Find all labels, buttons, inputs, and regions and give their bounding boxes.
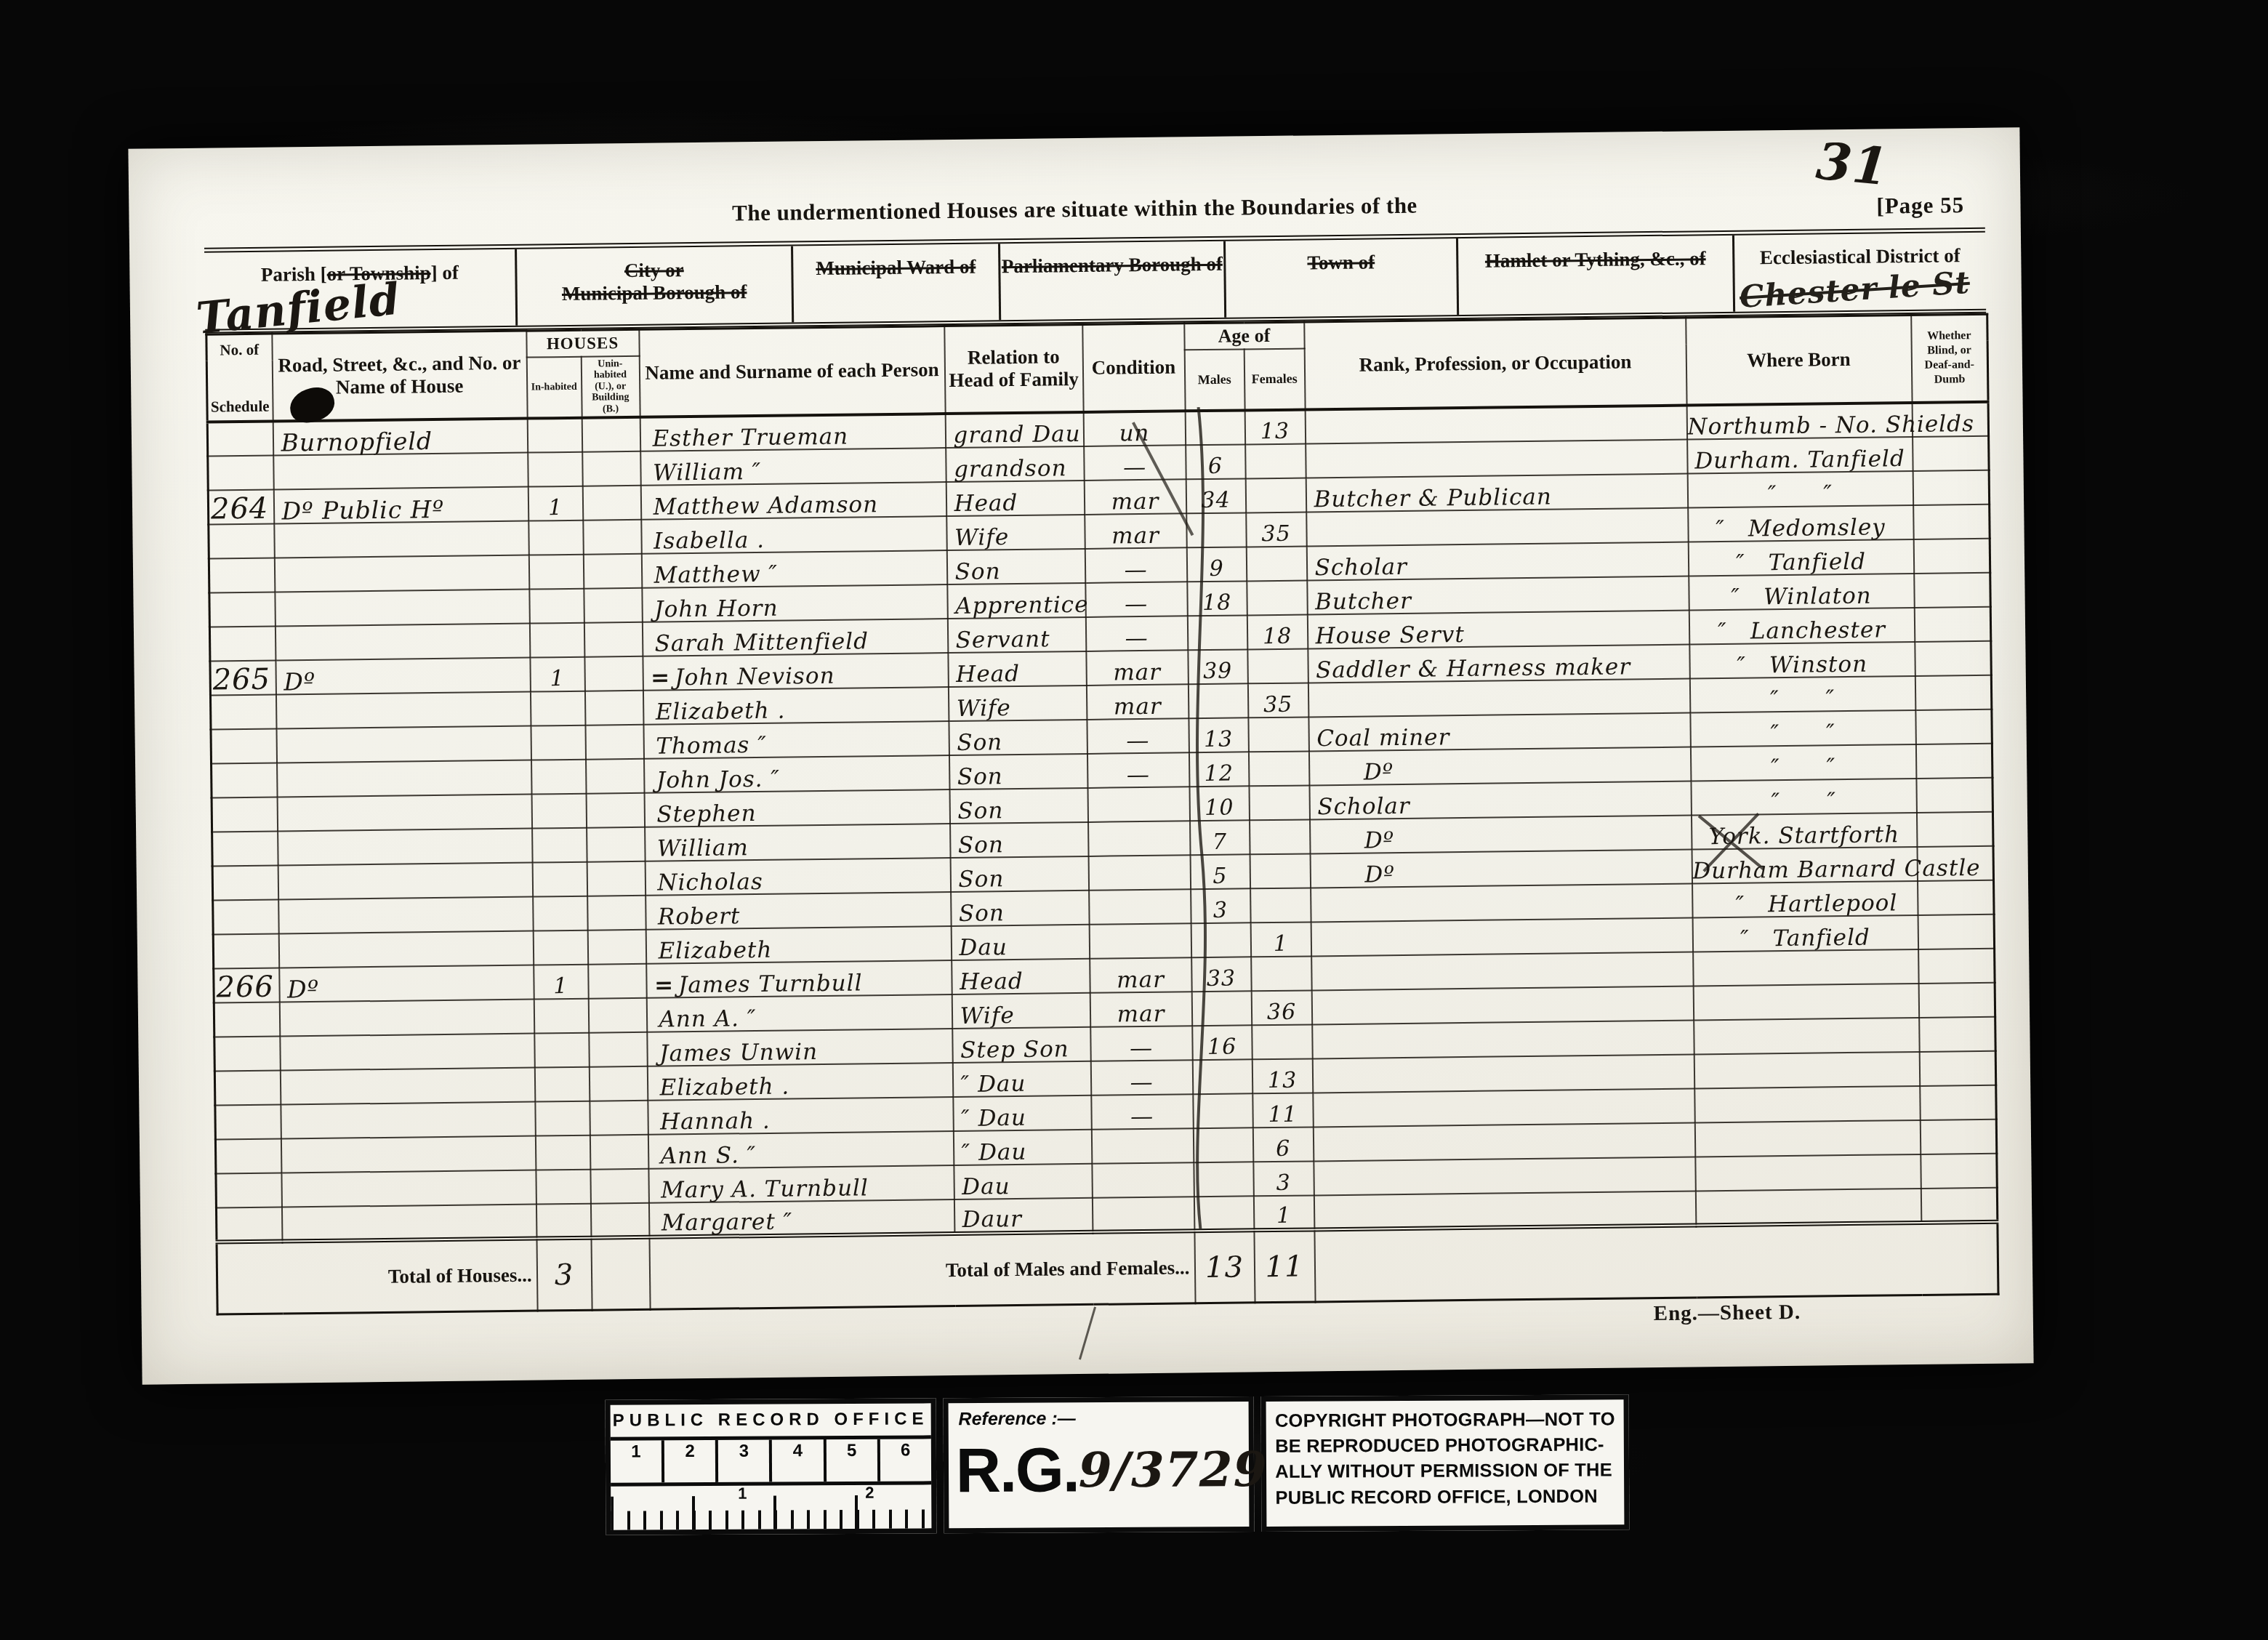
occupation-cell: [1314, 1157, 1695, 1195]
ink-blot: [286, 384, 338, 426]
total-houses-value: 3: [536, 1238, 592, 1311]
address-cell: Dº: [276, 658, 531, 695]
schedule-number: [209, 558, 275, 593]
uninhabited-cell: [583, 520, 642, 555]
uninhabited-cell: [589, 1066, 648, 1101]
person-name: Isabella .: [654, 526, 765, 554]
age-male-cell: 7: [1190, 820, 1250, 855]
reference-panel: Reference :— R.G.9/3729: [943, 1396, 1254, 1533]
uninhabited-cell: [584, 588, 643, 623]
occupation-cell: [1311, 986, 1693, 1024]
age-female-cell: [1250, 819, 1311, 854]
table-body: Burnopfield Esther Trueman grand Dau un …: [207, 402, 1998, 1242]
occupation-cell: Scholar: [1309, 781, 1691, 819]
eccl-value: Chester le St: [1739, 265, 1971, 315]
relation-cell: Wife: [952, 993, 1090, 1029]
col-age-group: Age of: [1184, 322, 1304, 350]
age-female-cell: [1245, 478, 1306, 512]
address-cell: [276, 692, 531, 729]
sheet-note: Eng.—Sheet D.: [1654, 1301, 1801, 1326]
born-cell: [1694, 1086, 1921, 1123]
uninhabited-cell: [587, 930, 646, 965]
schedule-number: [210, 695, 276, 730]
uninhabited-cell: [589, 1032, 648, 1067]
census-page: 31 [Page 55 The undermentioned Houses ar…: [128, 127, 2033, 1384]
condition-cell: —: [1085, 582, 1188, 617]
inhabited-cell: [535, 1135, 590, 1170]
copyright-line: ALLY WITHOUT PERMISSION OF THE: [1275, 1458, 1615, 1486]
pro-ruler-panel: PUBLIC RECORD OFFICE 1 2 3 4 5 6 1 2: [606, 1398, 937, 1535]
address-cell: [278, 931, 534, 968]
occupation-cell: Dº: [1310, 849, 1692, 888]
address-cell: [275, 624, 530, 661]
blind-cell: [1913, 436, 1990, 471]
uninhabited-cell: [590, 1203, 649, 1238]
col-males: Males: [1184, 349, 1244, 411]
col-road: Road, Street, &c., and No. or Name of Ho…: [272, 331, 527, 421]
born-cell: [1693, 949, 1919, 986]
condition-cell: —: [1084, 445, 1186, 481]
total-males-value: 13: [1194, 1230, 1255, 1303]
col-uninhabited: Unin-habited (U.), or Building (B.): [581, 356, 640, 418]
schedule-number: [215, 1104, 281, 1139]
name-cell: William: [645, 824, 951, 861]
relation-cell: Son: [950, 856, 1089, 892]
age-male-cell: 39: [1188, 649, 1248, 684]
name-cell: Mary A. Turnbull: [648, 1165, 954, 1203]
relation-cell: ″ Dau: [953, 1096, 1092, 1131]
schedule-number: [214, 1002, 280, 1037]
age-male-cell: [1185, 410, 1245, 445]
address-cell: [276, 726, 531, 763]
ecclesiastical-cell: Ecclesiastical District of Chester le St: [1734, 233, 1986, 312]
photo-background: 31 [Page 55 The undermentioned Houses ar…: [0, 0, 2268, 1640]
address-cell: [281, 1204, 536, 1241]
address-cell: [278, 897, 534, 934]
copyright-line: COPYRIGHT PHOTOGRAPH—NOT TO: [1275, 1407, 1615, 1434]
inhabited-cell: 1: [528, 486, 583, 521]
address-cell: [278, 863, 533, 900]
uninhabited-cell: [588, 998, 647, 1033]
person-name: Mary A. Turnbull: [661, 1175, 869, 1203]
name-cell: James Unwin: [647, 1029, 953, 1066]
col-born: Where Born: [1686, 315, 1912, 406]
town-label: Town of: [1307, 251, 1375, 273]
name-cell: Ann S. ″: [648, 1131, 954, 1169]
age-female-cell: 13: [1244, 409, 1306, 444]
inhabited-cell: [531, 760, 587, 795]
age-female-cell: 11: [1252, 1093, 1314, 1127]
person-name: Robert: [658, 903, 741, 930]
person-name: Elizabeth .: [659, 1073, 789, 1101]
age-female-cell: [1245, 443, 1306, 478]
occupation-cell: Butcher & Publican: [1306, 473, 1687, 512]
total-houses-label: Total of Houses...: [217, 1238, 537, 1314]
schedule-number: [212, 763, 278, 798]
uninhabited-cell: [584, 622, 643, 657]
name-cell: Thomas ″: [643, 721, 949, 759]
relation-cell: Head: [948, 651, 1087, 687]
age-female-cell: [1248, 751, 1309, 786]
blind-cell: [1918, 983, 1995, 1018]
schedule-number: [214, 1036, 281, 1071]
ruler-number: 3: [718, 1439, 772, 1482]
parish-cell: Parish [or Township] of Tanfield: [204, 249, 518, 329]
age-female-cell: [1247, 580, 1308, 615]
age-male-cell: [1193, 1127, 1253, 1162]
born-cell: ″ ″: [1689, 676, 1915, 713]
parl-label: Parliamentary Borough of: [1002, 253, 1223, 277]
person-name: Matthew Adamson: [653, 491, 878, 520]
person-name: Sarah Mittenfield: [655, 628, 869, 656]
age-male-cell: [1194, 1162, 1254, 1197]
schedule-number: 266: [214, 968, 280, 1002]
age-female-cell: 1: [1250, 922, 1311, 957]
relation-cell: Servant: [947, 617, 1086, 653]
age-male-cell: 13: [1189, 717, 1249, 752]
parliamentary-borough-cell: Parliamentary Borough of: [1000, 241, 1226, 321]
condition-cell: —: [1087, 752, 1189, 788]
inhabited-cell: [527, 418, 582, 453]
occupation-cell: Dº: [1308, 747, 1690, 785]
inhabited-cell: [534, 999, 589, 1034]
relation-cell: ″ Dau: [952, 1061, 1091, 1097]
condition-cell: —: [1085, 547, 1187, 583]
age-female-cell: 36: [1251, 990, 1312, 1025]
city-label-line2: Municipal Borough of: [518, 280, 792, 305]
occupation-cell: [1313, 1088, 1694, 1127]
schedule-number: [211, 729, 277, 764]
age-male-cell: [1192, 1059, 1252, 1094]
age-female-cell: [1248, 717, 1309, 752]
blind-cell: [1920, 1120, 1997, 1154]
name-cell: Hannah .: [648, 1097, 954, 1135]
condition-cell: [1092, 1197, 1194, 1232]
totals-spacer-cell: [591, 1237, 650, 1311]
person-name: Thomas ″: [656, 731, 767, 759]
age-female-cell: 1: [1253, 1195, 1314, 1230]
person-name: Hannah .: [660, 1107, 771, 1135]
name-cell: Ann A. ″: [646, 994, 952, 1032]
blind-cell: [1913, 505, 1990, 539]
uninhabited-cell: [590, 1169, 649, 1204]
col-rank: Rank, Profession, or Occupation: [1304, 318, 1686, 409]
address-cell: [277, 760, 532, 797]
occupation-cell: Dº: [1310, 815, 1692, 853]
condition-cell: [1088, 821, 1191, 856]
blind-cell: [1920, 1085, 1997, 1120]
uninhabited-cell: [582, 417, 640, 452]
condition-cell: mar: [1086, 684, 1189, 720]
relation-cell: Son: [949, 720, 1087, 755]
person-name: Elizabeth .: [656, 697, 786, 725]
uninhabited-cell: [587, 861, 646, 896]
page-heading: The undermentioned Houses are situate wi…: [129, 185, 2020, 233]
ruler-number: 6: [880, 1439, 931, 1481]
col-houses-group: HOUSES: [526, 329, 639, 357]
uninhabited-cell: [583, 554, 642, 589]
inhabited-cell: [536, 1204, 591, 1239]
col-females: Females: [1244, 348, 1305, 410]
name-cell: William ″: [640, 448, 946, 486]
inhabited-cell: [535, 1101, 590, 1136]
occupation-cell: [1306, 507, 1688, 546]
relation-cell: Head: [946, 481, 1085, 516]
col-name: Name and Surname of each Person: [639, 326, 945, 417]
age-male-cell: [1194, 1196, 1254, 1231]
age-female-cell: [1250, 888, 1311, 922]
age-male-cell: 3: [1191, 888, 1251, 923]
relation-cell: Head: [952, 959, 1090, 994]
schedule-number: [216, 1207, 282, 1242]
relation-cell: grandson: [946, 446, 1085, 482]
blind-cell: [1918, 949, 1995, 984]
occupation-cell: [1306, 439, 1687, 478]
inhabited-cell: [531, 794, 587, 829]
inhabited-cell: [536, 1170, 591, 1205]
uninhabited-cell: [584, 691, 643, 725]
blind-cell: [1915, 675, 1992, 710]
blind-cell: [1918, 880, 1995, 915]
age-female-cell: 35: [1247, 683, 1308, 717]
uninhabited-cell: [582, 451, 641, 486]
condition-cell: mar: [1084, 479, 1186, 515]
address-cell: [279, 1000, 534, 1037]
uninhabited-cell: [585, 725, 644, 760]
name-cell: Nicholas: [645, 858, 951, 896]
uninhabited-cell: [587, 827, 646, 862]
uninhabited-cell: [590, 1101, 648, 1135]
address-cell: [274, 555, 529, 592]
copyright-line: PUBLIC RECORD OFFICE, LONDON: [1275, 1484, 1615, 1511]
reference-prefix: R.G.: [956, 1435, 1079, 1506]
relation-cell: ″ Dau: [953, 1130, 1092, 1165]
blind-cell: [1921, 1154, 1998, 1189]
relation-cell: Son: [946, 549, 1085, 584]
age-male-cell: [1187, 615, 1247, 650]
person-name: Stephen: [656, 800, 757, 828]
ruler-number: 2: [664, 1440, 718, 1482]
ruler-number: 4: [772, 1439, 826, 1482]
occupation-cell: Butcher: [1307, 576, 1689, 614]
hamlet-cell: Hamlet or Tything, &c., of: [1458, 236, 1735, 315]
reference-value: 9/3729: [1079, 1441, 1268, 1498]
age-male-cell: 6: [1186, 444, 1246, 479]
schedule-number: [207, 422, 273, 457]
blind-cell: [1914, 607, 1991, 642]
inhabited-cell: 1: [534, 965, 589, 1000]
age-female-cell: [1252, 1024, 1313, 1059]
name-cell: Sarah Mittenfield: [642, 619, 948, 656]
parish-label-post: ] of: [430, 262, 459, 284]
address-cell: Dº: [279, 965, 534, 1002]
uninhabited-cell: [588, 964, 647, 999]
uninhabited-cell: [584, 656, 643, 691]
age-male-cell: 18: [1187, 581, 1247, 616]
name-cell: Elizabeth .: [647, 1063, 953, 1101]
name-cell: Esther Trueman: [640, 414, 946, 451]
relation-cell: Son: [951, 891, 1090, 926]
condition-cell: mar: [1086, 650, 1189, 686]
col-blind: Whether Blind, or Deaf-and-Dumb: [1911, 314, 1988, 403]
person-name: Nicholas: [657, 868, 763, 896]
person-name: Matthew ″: [654, 560, 778, 588]
blind-cell: [1916, 778, 1993, 813]
age-male-cell: [1186, 512, 1247, 547]
col-schedule-top: No. of: [207, 341, 271, 360]
household-mark: =: [654, 972, 674, 998]
relation-cell: Son: [949, 788, 1088, 824]
born-cell: ″ ″: [1690, 710, 1916, 747]
ward-label: Municipal Ward of: [816, 256, 976, 279]
age-female-cell: [1250, 853, 1311, 888]
condition-cell: [1089, 889, 1191, 925]
age-male-cell: 12: [1189, 752, 1249, 787]
occupation-cell: [1312, 1020, 1694, 1058]
relation-cell: Wife: [948, 686, 1087, 721]
blind-cell: [1914, 573, 1991, 608]
uninhabited-cell: [586, 759, 645, 794]
household-mark: =: [651, 664, 670, 691]
occupation-cell: Coal miner: [1308, 712, 1690, 751]
name-cell: John Jos. ″: [644, 755, 950, 793]
inhabited-cell: [528, 520, 584, 555]
col-schedule: No. of Schedule: [206, 334, 273, 422]
condition-cell: —: [1091, 1094, 1194, 1130]
total-females-value: 11: [1254, 1229, 1315, 1303]
inhabited-cell: [528, 555, 584, 590]
blind-cell: [1915, 744, 1992, 779]
uninhabited-cell: [587, 896, 646, 930]
total-mf-label: Total of Males and Females...: [649, 1231, 1195, 1310]
inhabited-cell: [528, 452, 583, 487]
blind-cell: [1915, 641, 1992, 676]
age-male-cell: 5: [1190, 854, 1250, 889]
name-cell: =John Nevison: [643, 653, 949, 691]
blind-cell: [1913, 539, 1990, 574]
born-cell: ″ Lanchester: [1689, 608, 1915, 645]
ruler-number: 1: [611, 1440, 664, 1482]
schedule-number: [209, 627, 276, 662]
blind-cell: [1919, 1051, 1996, 1086]
name-cell: Stephen: [644, 789, 950, 827]
born-cell: ″ ″: [1687, 471, 1913, 508]
inhabited-cell: [530, 691, 585, 726]
name-cell: Margaret ″: [648, 1199, 954, 1237]
pro-stamp: PUBLIC RECORD OFFICE 1 2 3 4 5 6 1 2: [606, 1394, 1630, 1535]
person-name: William: [657, 835, 749, 861]
reference-label: Reference :—: [959, 1408, 1076, 1430]
person-name: Ann A. ″: [659, 1005, 756, 1033]
schedule-number: [214, 1070, 281, 1105]
name-cell: Elizabeth .: [643, 687, 949, 725]
occupation-cell: [1311, 952, 1693, 990]
hamlet-label: Hamlet or Tything, &c., of: [1485, 247, 1706, 271]
age-male-cell: [1191, 991, 1252, 1026]
eccl-label: Ecclesiastical District of: [1760, 244, 1961, 268]
age-male-cell: 10: [1189, 786, 1250, 821]
age-male-cell: [1188, 683, 1248, 718]
col-condition: Condition: [1082, 323, 1185, 412]
condition-cell: [1092, 1162, 1194, 1198]
person-name: James Unwin: [659, 1039, 818, 1066]
relation-cell: Wife: [946, 515, 1085, 550]
address-cell: [280, 1034, 535, 1071]
born-cell: ″ Winlaton: [1689, 574, 1915, 611]
address-cell: Dº Public Hº: [273, 487, 528, 524]
condition-cell: —: [1090, 1060, 1193, 1096]
address-cell: [280, 1068, 535, 1105]
condition-cell: [1088, 855, 1191, 891]
totals-empty-cell: [1314, 1222, 1998, 1303]
condition-cell: un: [1083, 411, 1186, 446]
born-cell: [1694, 1052, 1920, 1089]
condition-cell: [1087, 787, 1190, 822]
ruler-number: 5: [826, 1439, 880, 1482]
blind-cell: [1921, 1188, 1998, 1223]
relation-cell: Daur: [954, 1198, 1093, 1234]
schedule-number: [209, 592, 276, 627]
condition-cell: [1089, 923, 1191, 959]
inhabited-cell: [533, 896, 588, 931]
blind-cell: [1913, 470, 1990, 505]
condition-cell: mar: [1090, 992, 1192, 1027]
occupation-cell: [1313, 1122, 1694, 1161]
occupation-cell: [1314, 1191, 1695, 1229]
born-cell: ″ ″: [1690, 744, 1916, 781]
uninhabited-cell: [590, 1135, 648, 1170]
person-name: William ″: [653, 458, 762, 486]
blind-cell: [1918, 915, 1995, 949]
occupation-cell: [1311, 883, 1692, 922]
schedule-number: 265: [210, 661, 276, 696]
address-cell: [273, 453, 528, 490]
born-cell: Durham Barnard Castle: [1692, 847, 1918, 884]
address-cell: [275, 590, 530, 627]
age-female-cell: 35: [1246, 512, 1307, 547]
address-cell: [281, 1102, 536, 1139]
person-name: John Horn: [654, 595, 779, 622]
blind-cell: [1919, 1017, 1996, 1052]
inhabited-cell: [532, 828, 587, 863]
person-name: Elizabeth: [658, 936, 772, 964]
city-label-line1: City or: [517, 257, 791, 283]
condition-cell: mar: [1085, 513, 1187, 549]
pro-office-title: PUBLIC RECORD OFFICE: [611, 1403, 931, 1440]
reference-number: R.G.9/3729: [956, 1434, 1268, 1507]
col-schedule-bottom: Schedule: [208, 398, 272, 417]
schedule-number: [209, 524, 275, 559]
occupation-cell: [1311, 917, 1692, 956]
address-cell: [278, 829, 533, 866]
city-borough-cell: City or Municipal Borough of: [517, 246, 794, 325]
col-inhabited: In-habited: [526, 357, 582, 419]
age-female-cell: 13: [1252, 1058, 1313, 1093]
inhabited-cell: [529, 589, 584, 624]
born-cell: ″ Medomsley: [1688, 505, 1914, 542]
schedule-number: [208, 456, 274, 491]
address-cell: [277, 795, 532, 832]
born-cell: ″ Hartlepool: [1692, 881, 1918, 918]
census-table: No. of Schedule Road, Street, &c., and N…: [205, 313, 1999, 1316]
inhabited-cell: [533, 930, 588, 965]
age-female-cell: [1249, 785, 1310, 820]
born-cell: [1694, 1120, 1921, 1157]
address-cell: [281, 1170, 536, 1207]
person-name: John Jos. ″: [656, 765, 781, 793]
condition-cell: —: [1087, 718, 1189, 754]
age-male-cell: 33: [1191, 957, 1252, 992]
